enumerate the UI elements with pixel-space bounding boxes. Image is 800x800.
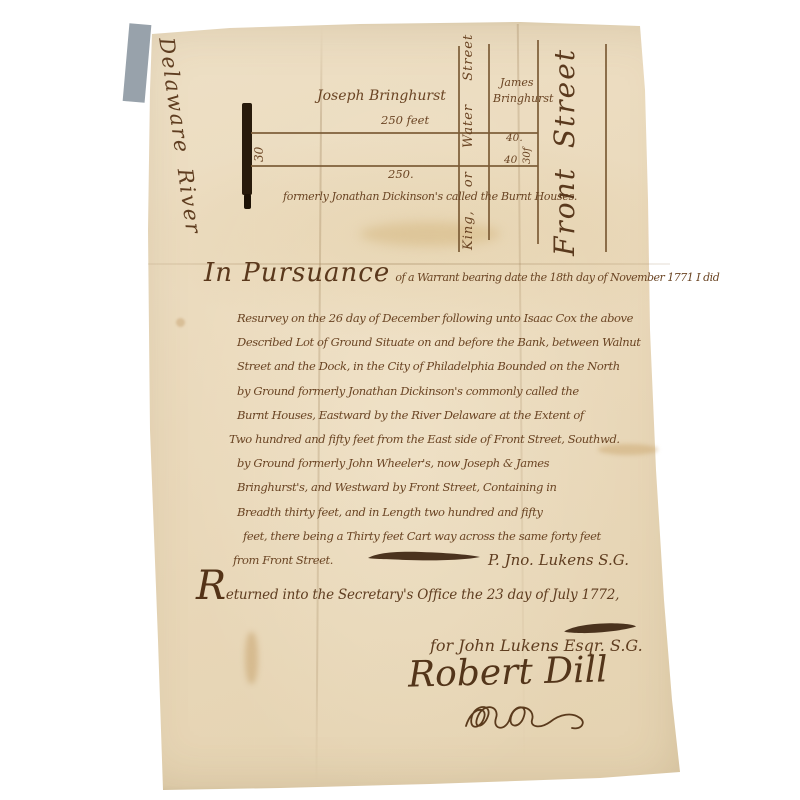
water-street-label: King, or Water Street — [461, 34, 476, 250]
body-first-line: In Pursuance of a Warrant bearing date t… — [204, 258, 719, 288]
adjacent-owner-name-line2: Bringhurst — [493, 92, 553, 105]
lot-north-line — [251, 132, 538, 134]
parcel-dimension-side: 30f — [522, 148, 533, 164]
body-line: Bringhurst's, and Westward by Front Stre… — [237, 475, 641, 499]
parcel-dimension-top: 40. — [506, 132, 523, 144]
paper-stain — [245, 632, 258, 684]
adjacent-owner-name-line1: James — [500, 76, 534, 89]
lot-length-top-value: 250 feet — [381, 113, 429, 127]
paper-stain — [360, 222, 500, 246]
body-line: by Ground formerly John Wheeler's, now J… — [237, 451, 641, 475]
former-owner-note: formerly Jonathan Dickinson's called the… — [283, 190, 577, 203]
body-line: by Ground formerly Jonathan Dickinson's … — [237, 379, 641, 403]
body-line: Two hundred and fifty feet from the East… — [229, 427, 641, 451]
body-line: Breadth thirty feet, and in Length two h… — [237, 500, 641, 524]
paper-stain — [176, 318, 185, 327]
body-line: Burnt Houses, Eastward by the River Dela… — [237, 403, 641, 427]
body-line: feet, there being a Thirty feet Cart way… — [243, 524, 641, 548]
north-owner-label: Joseph Bringhurst — [317, 88, 446, 104]
river-bank-mark-tail — [244, 194, 251, 209]
body-lines: Resurvey on the 26 day of December follo… — [237, 306, 641, 572]
front-street-west-line — [605, 44, 607, 252]
water-street-east-line — [488, 44, 490, 240]
front-street-east-line — [537, 40, 539, 244]
returned-line: Returned into the Secretary's Office the… — [196, 586, 666, 603]
lot-breadth-value: 30 — [252, 147, 266, 162]
backing-sheet — [123, 23, 152, 103]
signature-flourish — [462, 700, 612, 740]
front-street-label: Front Street — [548, 48, 581, 256]
clerk-signature: Robert Dill — [407, 649, 608, 695]
water-street-west-line — [458, 46, 460, 252]
body-line: Resurvey on the 26 day of December follo… — [237, 306, 641, 330]
ink-dash-stroke — [366, 549, 482, 563]
lot-length-bottom-value: 250. — [388, 167, 414, 181]
body-first-line-rest: of a Warrant bearing date the 18th day o… — [395, 271, 719, 284]
parcel-dimension-bottom: 40 — [504, 154, 517, 166]
surveyor-signature: P. Jno. Lukens S.G. — [488, 551, 629, 569]
body-opening-words: In Pursuance — [204, 258, 390, 288]
body-line: Described Lot of Ground Situate on and b… — [237, 330, 641, 354]
river-bank-mark — [242, 103, 252, 195]
photo-stage: Delaware River 30 Joseph Bringhurst 250 … — [0, 0, 800, 800]
body-line: Street and the Dock, in the City of Phil… — [237, 354, 641, 378]
